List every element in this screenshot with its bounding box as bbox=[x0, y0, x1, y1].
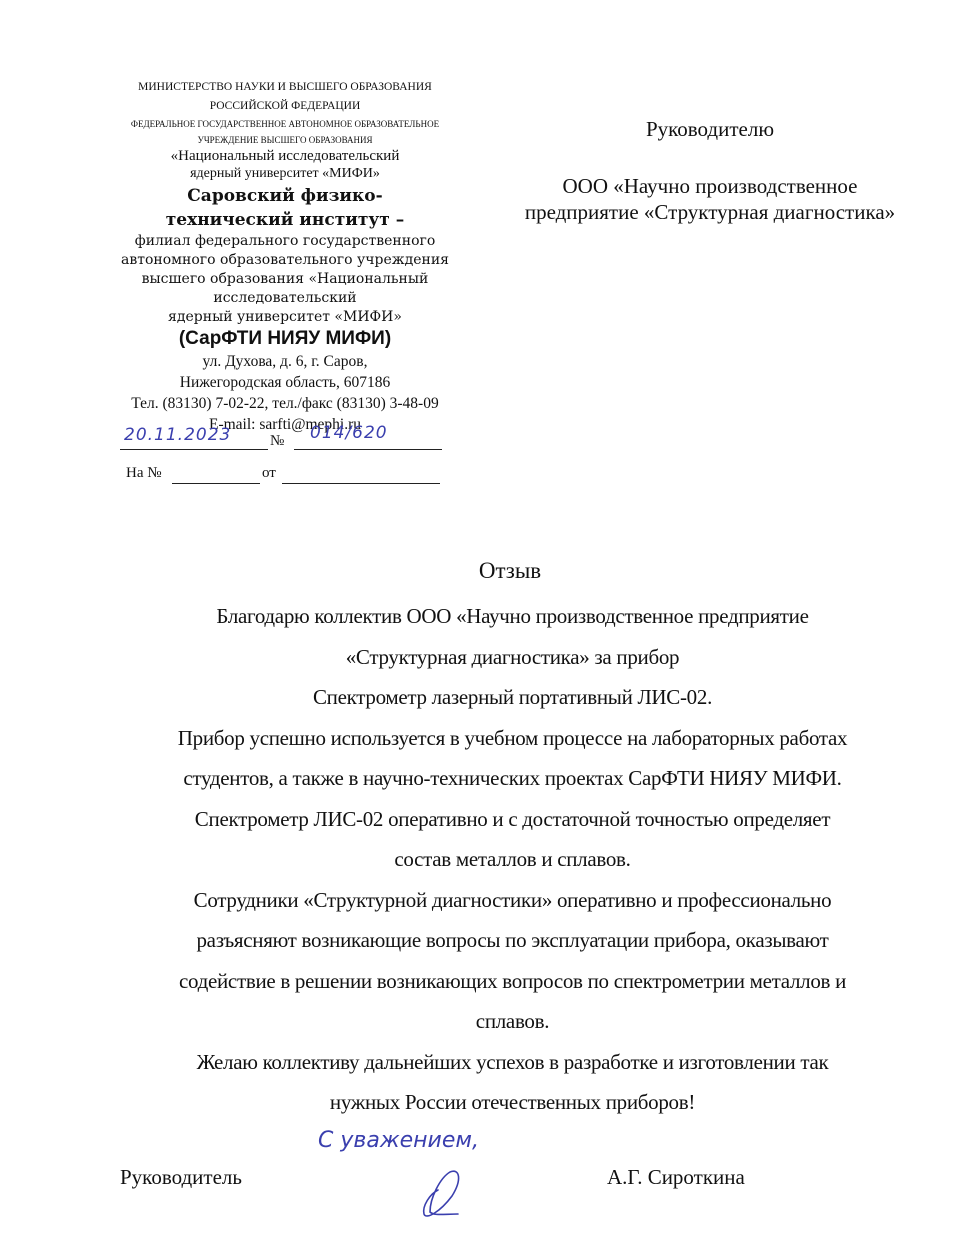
outgoing-date: 20.11.2023 bbox=[124, 425, 231, 445]
ministry-line-1: МИНИСТЕРСТВО НАУКИ И ВЫСШЕГО ОБРАЗОВАНИЯ bbox=[105, 78, 465, 97]
handwritten-greeting: С уважением, bbox=[318, 1128, 479, 1153]
university-line-1: «Национальный исследовательский bbox=[105, 148, 465, 165]
incoming-number-label: На № bbox=[126, 465, 162, 482]
university-line-2: ядерный университет «МИФИ» bbox=[105, 165, 465, 182]
document-title: Отзыв bbox=[0, 558, 957, 584]
fgau-line-2: УЧРЕЖДЕНИЕ ВЫСШЕГО ОБРАЗОВАНИЯ bbox=[105, 132, 465, 148]
body-line: нужных России отечественных приборов! bbox=[110, 1082, 915, 1123]
incoming-number-underline bbox=[172, 483, 260, 484]
letterhead: МИНИСТЕРСТВО НАУКИ И ВЫСШЕГО ОБРАЗОВАНИЯ… bbox=[105, 78, 465, 435]
body-line: Желаю коллективу дальнейших успехов в ра… bbox=[110, 1042, 915, 1083]
institute-abbreviation: (СарФТИ НИЯУ МИФИ) bbox=[105, 327, 465, 351]
body-line: Прибор успешно используется в учебном пр… bbox=[110, 718, 915, 759]
signer-position: Руководитель bbox=[120, 1165, 242, 1190]
branch-line-2: автономного образовательного учреждения bbox=[105, 251, 465, 270]
fgau-line-1: ФЕДЕРАЛЬНОЕ ГОСУДАРСТВЕННОЕ АВТОНОМНОЕ О… bbox=[105, 116, 465, 132]
body-line: содействие в решении возникающих вопросо… bbox=[110, 961, 915, 1002]
address-line-2: Нижегородская область, 607186 bbox=[105, 372, 465, 393]
body-line: студентов, а также в научно-технических … bbox=[110, 758, 915, 799]
addressee: Руководителю ООО «Научно производственно… bbox=[520, 115, 900, 225]
incoming-date-underline bbox=[282, 483, 440, 484]
outgoing-number: 014/620 bbox=[310, 423, 388, 443]
body-line: состав металлов и сплавов. bbox=[110, 839, 915, 880]
branch-line-1: филиал федерального государственного bbox=[105, 232, 465, 251]
ministry-line-2: РОССИЙСКОЙ ФЕДЕРАЦИИ bbox=[105, 97, 465, 116]
branch-line-5: ядерный университет «МИФИ» bbox=[105, 308, 465, 327]
phone: Тел. (83130) 7-02-22, тел./факс (83130) … bbox=[105, 393, 465, 414]
body-line: «Структурная диагностика» за прибор bbox=[110, 637, 915, 678]
signer-name: А.Г. Сироткина bbox=[607, 1165, 745, 1190]
incoming-reference: На № от bbox=[126, 465, 440, 487]
date-underline bbox=[120, 449, 268, 450]
document-body: Благодарю коллектив ООО «Научно производ… bbox=[110, 596, 915, 1123]
body-line: сплавов. bbox=[110, 1001, 915, 1042]
signature-icon bbox=[400, 1160, 480, 1220]
incoming-from-label: от bbox=[262, 465, 276, 482]
addressee-organization: ООО «Научно производственное предприятие… bbox=[520, 173, 900, 225]
institute-line-2: технический институт – bbox=[105, 208, 465, 232]
number-label: № bbox=[270, 433, 284, 450]
body-line: Спектрометр лазерный портативный ЛИС-02. bbox=[110, 677, 915, 718]
number-underline bbox=[294, 449, 442, 450]
body-line: разъясняют возникающие вопросы по эксплу… bbox=[110, 920, 915, 961]
institute-line-1: Саровский физико- bbox=[105, 184, 465, 208]
branch-line-3: высшего образования «Национальный bbox=[105, 270, 465, 289]
body-line: Спектрометр ЛИС-02 оперативно и с достат… bbox=[110, 799, 915, 840]
addressee-title: Руководителю bbox=[520, 115, 900, 143]
body-line: Сотрудники «Структурной диагностики» опе… bbox=[110, 880, 915, 921]
outgoing-reference: 20.11.2023 № 014/620 bbox=[120, 423, 442, 453]
address-line-1: ул. Духова, д. 6, г. Саров, bbox=[105, 351, 465, 372]
body-line: Благодарю коллектив ООО «Научно производ… bbox=[110, 596, 915, 637]
branch-line-4: исследовательский bbox=[105, 289, 465, 308]
